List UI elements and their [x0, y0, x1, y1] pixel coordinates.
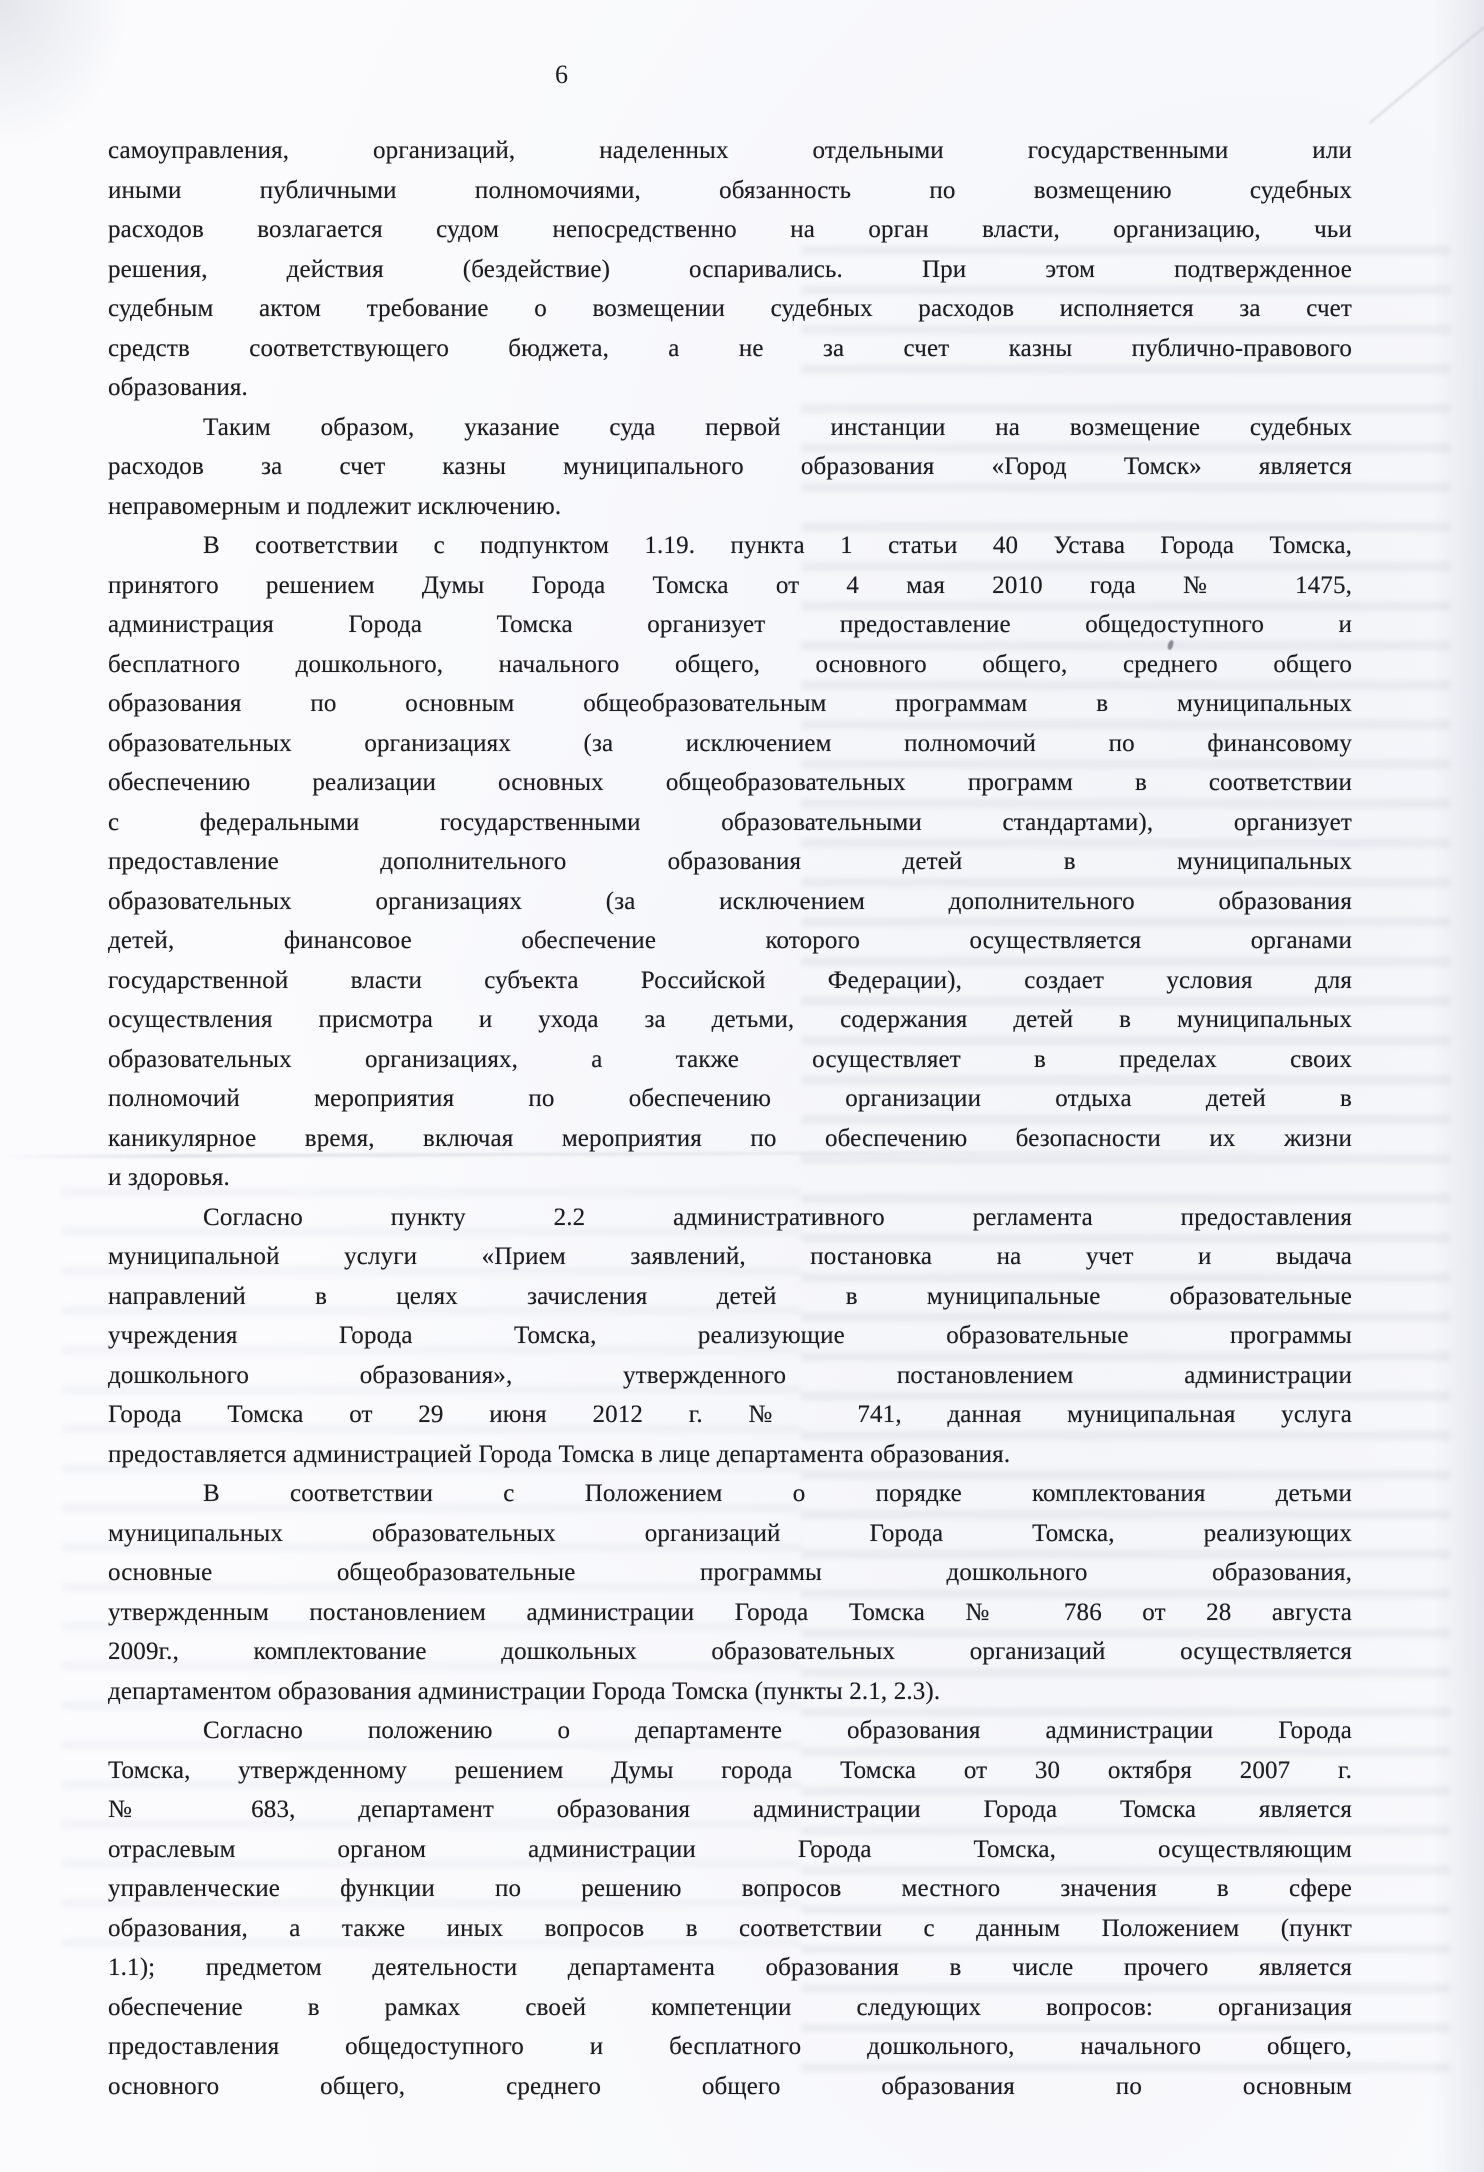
text-line: образования по основным общеобразователь… — [108, 684, 1352, 724]
text-line: Согласно положению о департаменте образо… — [108, 1711, 1352, 1751]
text-line: самоуправления, организаций, наделенных … — [108, 131, 1352, 171]
text-line: В соответствии с подпунктом 1.19. пункта… — [108, 526, 1352, 566]
text-line: и здоровья. — [108, 1158, 1352, 1198]
text-line: № 683, департамент образования администр… — [108, 1790, 1352, 1830]
text-line: утвержденным постановлением администраци… — [108, 1593, 1352, 1633]
text-line: полномочий мероприятия по обеспечению ор… — [108, 1079, 1352, 1119]
text-line: учреждения Города Томска, реализующие об… — [108, 1316, 1352, 1356]
text-line: государственной власти субъекта Российск… — [108, 961, 1352, 1001]
text-line: с федеральными государственными образова… — [108, 803, 1352, 843]
text-line: отраслевым органом администрации Города … — [108, 1830, 1352, 1870]
scan-shade-right-edge — [1432, 0, 1484, 2172]
scan-shade-top-left — [0, 0, 130, 150]
text-line: управленческие функции по решению вопрос… — [108, 1869, 1352, 1909]
text-line: средств соответствующего бюджета, а не з… — [108, 329, 1352, 369]
text-line: каникулярное время, включая мероприятия … — [108, 1119, 1352, 1159]
paragraph: самоуправления, организаций, наделенных … — [108, 131, 1352, 408]
text-line: 2009г., комплектование дошкольных образо… — [108, 1632, 1352, 1672]
text-line: осуществления присмотра и ухода за детьм… — [108, 1000, 1352, 1040]
text-line: направлений в целях зачисления детей в м… — [108, 1277, 1352, 1317]
text-line: Города Томска от 29 июня 2012 г. № 741, … — [108, 1395, 1352, 1435]
text-line: принятого решением Думы Города Томска от… — [108, 566, 1352, 606]
text-line: предоставляется администрацией Города То… — [108, 1435, 1352, 1475]
text-line: образования, а также иных вопросов в соо… — [108, 1909, 1352, 1949]
text-line: образовательных организациях (за исключе… — [108, 724, 1352, 764]
text-line: судебным актом требование о возмещении с… — [108, 289, 1352, 329]
scan-fold-mark — [1369, 26, 1484, 124]
text-line: В соответствии с Положением о порядке ко… — [108, 1474, 1352, 1514]
paragraph: Таким образом, указание суда первой инст… — [108, 408, 1352, 527]
text-line: расходов за счет казны муниципального об… — [108, 447, 1352, 487]
text-line: обеспечение в рамках своей компетенции с… — [108, 1988, 1352, 2028]
paragraph: Согласно положению о департаменте образо… — [108, 1711, 1352, 2106]
paragraph: В соответствии с Положением о порядке ко… — [108, 1474, 1352, 1711]
scanned-page: 6 самоуправления, организаций, наделенны… — [0, 0, 1484, 2172]
text-line: неправомерным и подлежит исключению. — [108, 487, 1352, 527]
page-number: 6 — [555, 60, 569, 90]
text-line: администрация Города Томска организует п… — [108, 605, 1352, 645]
text-line: образовательных организациях (за исключе… — [108, 882, 1352, 922]
paragraph: Согласно пункту 2.2 административного ре… — [108, 1198, 1352, 1475]
text-line: детей, финансовое обеспечение которого о… — [108, 921, 1352, 961]
text-line: предоставления общедоступного и бесплатн… — [108, 2027, 1352, 2067]
text-line: дошкольного образования», утвержденного … — [108, 1356, 1352, 1396]
text-line: муниципальных образовательных организаци… — [108, 1514, 1352, 1554]
text-line: решения, действия (бездействие) оспарива… — [108, 250, 1352, 290]
paragraph: В соответствии с подпунктом 1.19. пункта… — [108, 526, 1352, 1198]
text-line: обеспечению реализации основных общеобра… — [108, 763, 1352, 803]
text-line: Таким образом, указание суда первой инст… — [108, 408, 1352, 448]
text-line: муниципальной услуги «Прием заявлений, п… — [108, 1237, 1352, 1277]
text-line: образования. — [108, 368, 1352, 408]
text-line: основные общеобразовательные программы д… — [108, 1553, 1352, 1593]
text-line: бесплатного дошкольного, начального обще… — [108, 645, 1352, 685]
text-line: Согласно пункту 2.2 административного ре… — [108, 1198, 1352, 1238]
document-body: самоуправления, организаций, наделенных … — [108, 131, 1352, 2106]
text-line: предоставление дополнительного образован… — [108, 842, 1352, 882]
text-line: департаментом образования администрации … — [108, 1672, 1352, 1712]
text-line: 1.1); предметом деятельности департамент… — [108, 1948, 1352, 1988]
text-line: иными публичными полномочиями, обязаннос… — [108, 171, 1352, 211]
text-line: основного общего, среднего общего образо… — [108, 2067, 1352, 2107]
text-line: расходов возлагается судом непосредствен… — [108, 210, 1352, 250]
text-line: Томска, утвержденному решением Думы горо… — [108, 1751, 1352, 1791]
text-line: образовательных организациях, а также ос… — [108, 1040, 1352, 1080]
